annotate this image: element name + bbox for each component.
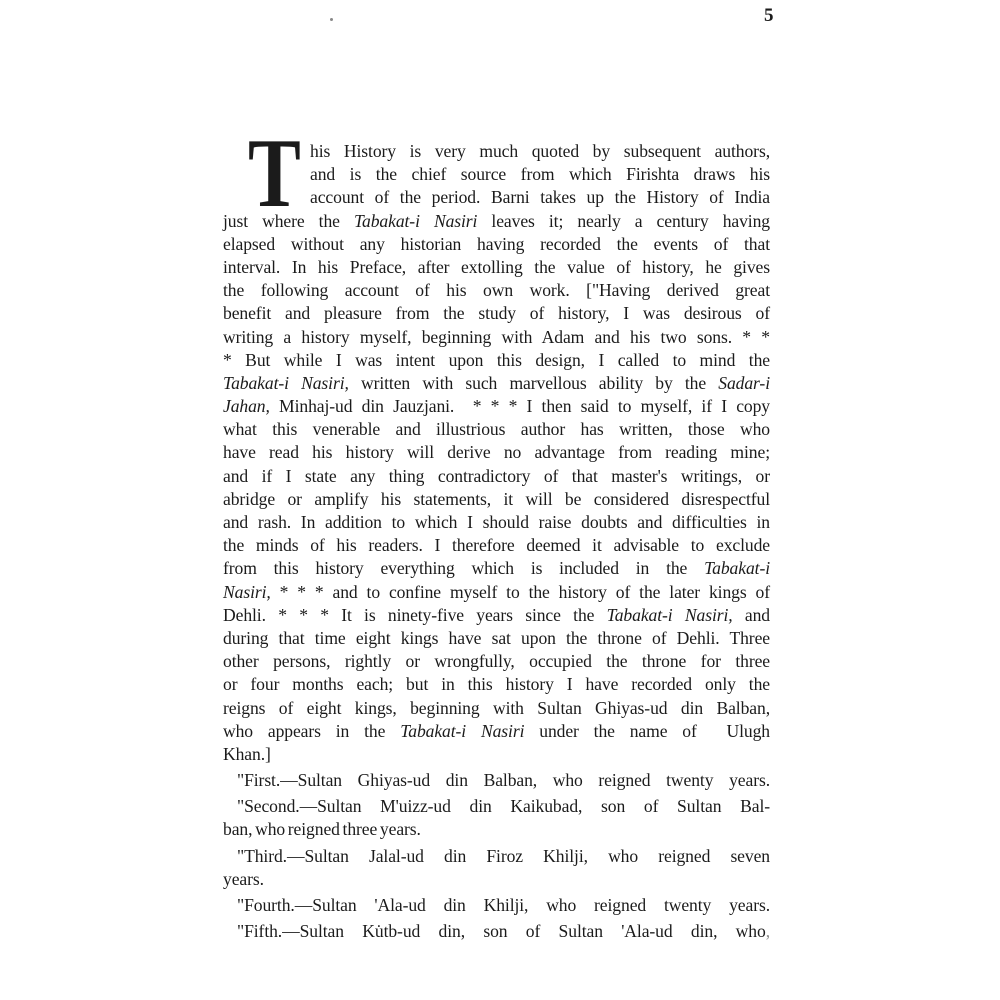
text-line: Dehli. * * * It is ninety-five years sin… <box>223 604 770 627</box>
text-line: account of the period. Barni takes up th… <box>223 186 770 209</box>
text-segment: "Fourth.—Sultan 'Ala-ud din Khilji, who … <box>237 895 770 915</box>
paragraph: "First.—Sultan Ghiyas-ud din Balban, who… <box>223 769 770 792</box>
text-line: Nasiri, * * * and to confine myself to t… <box>223 581 770 604</box>
text-segment: , <box>766 921 770 941</box>
text-line: ban, who reigned three years. <box>223 818 770 841</box>
text-segment: the minds of his readers. I therefore de… <box>223 535 770 555</box>
text-line: and is the chief source from which Firis… <box>223 163 770 186</box>
paragraph: "Fourth.—Sultan 'Ala-ud din Khilji, who … <box>223 894 770 917</box>
text-line: who appears in the Tabakat-i Nasiri unde… <box>223 720 770 743</box>
text-line: years. <box>223 868 770 891</box>
italic-text: Tabakat-i Nasiri, <box>607 605 733 625</box>
text-line: other persons, rightly or wrongfully, oc… <box>223 650 770 673</box>
text-line: Khan.] <box>223 743 770 766</box>
text-segment: "First.—Sultan Ghiyas-ud din Balban, who… <box>237 770 770 790</box>
italic-text: Tabakat-i <box>704 558 770 578</box>
text-line: Tabakat-i Nasiri, written with such marv… <box>223 372 770 395</box>
text-segment: what this venerable and illustrious auth… <box>223 419 770 439</box>
page-number: 5 <box>764 5 774 27</box>
text-line: writing a history myself, beginning with… <box>223 326 770 349</box>
text-segment: who appears in the <box>223 721 400 741</box>
paragraph: "Third.—Sultan Jalal-ud din Firoz Khilji… <box>223 845 770 891</box>
text-line: benefit and pleasure from the study of h… <box>223 302 770 325</box>
text-line: what this venerable and illustrious auth… <box>223 418 770 441</box>
text-segment: under the name of Ulugh <box>524 721 770 741</box>
text-line: during that time eight kings have sat up… <box>223 627 770 650</box>
text-line: "Third.—Sultan Jalal-ud din Firoz Khilji… <box>223 845 770 868</box>
italic-text: Tabakat-i Nasiri, <box>223 373 349 393</box>
text-segment: from this history everything which is in… <box>223 558 704 578</box>
text-segment: abridge or amplify his statements, it wi… <box>223 489 770 509</box>
text-segment: Minhaj-ud din Jauzjani. * * * I then sai… <box>270 396 770 416</box>
text-segment: leaves it; nearly a century having <box>477 211 770 231</box>
text-line: the following account of his own work. [… <box>223 279 770 302</box>
paragraph: "Fifth.—Sultan Ku̇tb-ud din, son of Sult… <box>223 920 770 943</box>
italic-text: Tabakat-i Nasiri <box>354 211 477 231</box>
text-segment: reigns of eight kings, beginning with Su… <box>223 698 770 718</box>
text-line: the minds of his readers. I therefore de… <box>223 534 770 557</box>
drop-cap: T <box>248 124 301 223</box>
text-segment: during that time eight kings have sat up… <box>223 628 770 648</box>
text-segment: ban, who reigned three years. <box>223 819 421 839</box>
paragraph: "Second.—Sultan M'uizz-ud din Kaikubad, … <box>223 795 770 841</box>
text-segment: other persons, rightly or wrongfully, oc… <box>223 651 770 671</box>
text-segment: have read his history will derive no adv… <box>223 442 770 462</box>
italic-text: Nasiri, <box>223 582 271 602</box>
text-line: just where the Tabakat-i Nasiri leaves i… <box>223 210 770 233</box>
text-line: reigns of eight kings, beginning with Su… <box>223 697 770 720</box>
text-line: or four months each; but in this history… <box>223 673 770 696</box>
text-line: interval. In his Preface, after extollin… <box>223 256 770 279</box>
text-segment: Khan.] <box>223 744 271 764</box>
scan-speck-artifact <box>330 18 333 21</box>
text-segment: * * * and to confine myself to the histo… <box>271 582 770 602</box>
body-text: This History is very much quoted by subs… <box>223 140 770 943</box>
text-line: "First.—Sultan Ghiyas-ud din Balban, who… <box>223 769 770 792</box>
italic-text: Jahan, <box>223 396 270 416</box>
text-line: "Fifth.—Sultan Ku̇tb-ud din, son of Sult… <box>223 920 770 943</box>
text-line: abridge or amplify his statements, it wi… <box>223 488 770 511</box>
text-segment: and rash. In addition to which I should … <box>223 512 770 532</box>
text-segment: elapsed without any historian having rec… <box>223 234 770 254</box>
text-line: elapsed without any historian having rec… <box>223 233 770 256</box>
text-line: * But while I was intent upon this desig… <box>223 349 770 372</box>
text-line: have read his history will derive no adv… <box>223 441 770 464</box>
text-segment: writing a history myself, beginning with… <box>223 327 770 347</box>
italic-text: Tabakat-i Nasiri <box>400 721 524 741</box>
text-segment: years. <box>223 869 264 889</box>
text-line: Jahan, Minhaj-ud din Jauzjani. * * * I t… <box>223 395 770 418</box>
text-segment: and if I state any thing contradictory o… <box>223 466 770 486</box>
italic-text: Sadar-i <box>718 373 770 393</box>
text-segment: account of the period. Barni takes up th… <box>310 187 770 207</box>
text-segment: and is the chief source from which Firis… <box>310 164 770 184</box>
text-line: and if I state any thing contradictory o… <box>223 465 770 488</box>
text-segment: and <box>733 605 770 625</box>
text-segment: his History is very much quoted by subse… <box>310 141 770 161</box>
text-segment: or four months each; but in this history… <box>223 674 770 694</box>
text-segment: "Third.—Sultan Jalal-ud din Firoz Khilji… <box>237 846 770 866</box>
text-segment: "Second.—Sultan M'uizz-ud din Kaikubad, … <box>237 796 770 816</box>
text-segment: "Fifth.—Sultan Ku̇tb-ud din, son of Sult… <box>237 921 766 941</box>
text-segment: benefit and pleasure from the study of h… <box>223 303 770 323</box>
text-segment: the following account of his own work. [… <box>223 280 770 300</box>
text-line: his History is very much quoted by subse… <box>223 140 770 163</box>
text-segment: * But while I was intent upon this desig… <box>223 350 770 370</box>
text-line: and rash. In addition to which I should … <box>223 511 770 534</box>
paragraph: This History is very much quoted by subs… <box>223 140 770 766</box>
text-line: from this history everything which is in… <box>223 557 770 580</box>
text-segment: written with such marvellous ability by … <box>349 373 718 393</box>
text-segment: Dehli. * * * It is ninety-five years sin… <box>223 605 607 625</box>
text-line: "Second.—Sultan M'uizz-ud din Kaikubad, … <box>223 795 770 818</box>
book-page-scan: 5 This History is very much quoted by su… <box>0 0 1000 1000</box>
text-segment: interval. In his Preface, after extollin… <box>223 257 770 277</box>
text-line: "Fourth.—Sultan 'Ala-ud din Khilji, who … <box>223 894 770 917</box>
